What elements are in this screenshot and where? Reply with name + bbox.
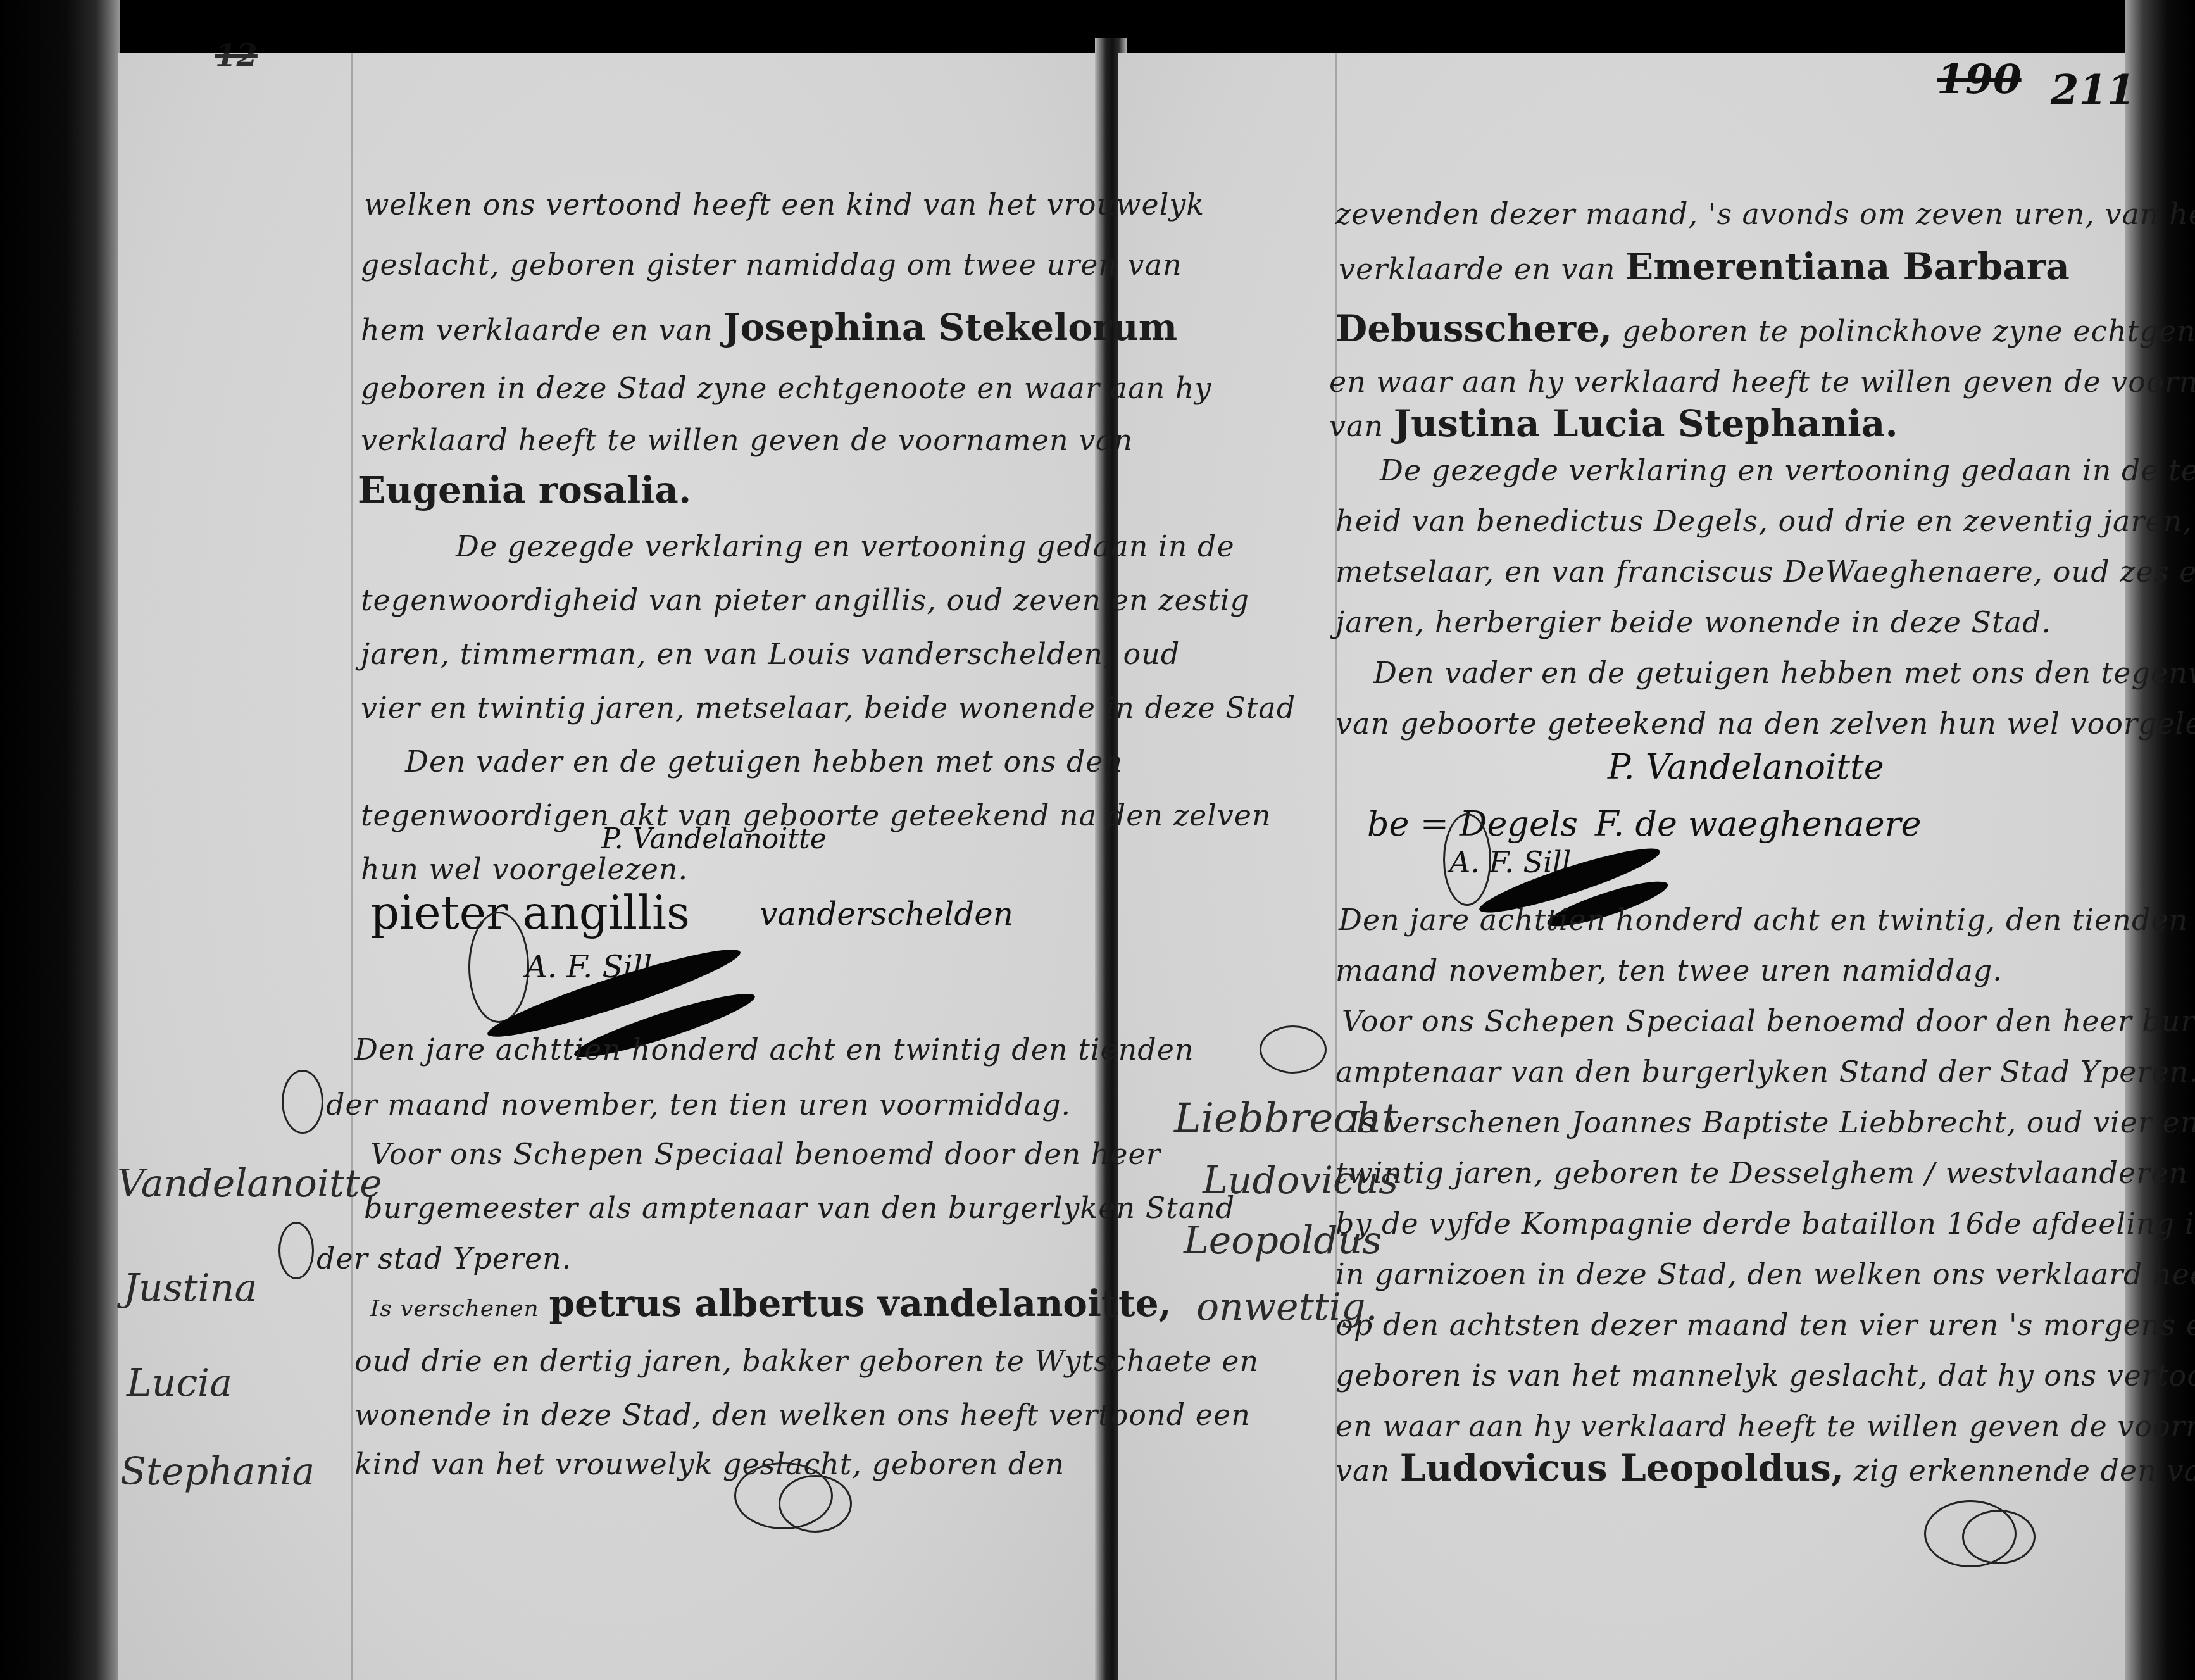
closing-flourish: [1962, 1510, 2036, 1564]
text-line: hem verklaarde en van Josephina Stekelor…: [361, 309, 1177, 346]
text-line: metselaar, en van franciscus DeWaeghenae…: [1335, 557, 2195, 586]
text-line: van Ludovicus Leopoldus, zig erkennende …: [1335, 1450, 2195, 1486]
margin-flourish: [1260, 1025, 1327, 1074]
text-fragment: van: [1329, 409, 1384, 443]
text-fragment: van: [1335, 1453, 1390, 1488]
child-names: Ludovicus Leopoldus,: [1400, 1446, 1844, 1489]
text-line: en waar aan hy verklaard heeft te willen…: [1335, 1412, 2195, 1441]
text-line: maand november, ten twee uren namiddag.: [1335, 956, 2003, 985]
text-line: Voor ons Schepen Speciaal benoemd door d…: [370, 1139, 1161, 1169]
margin-surname: Vandelanoitte: [117, 1162, 382, 1206]
text-line: van Justina Lucia Stephania.: [1329, 405, 1898, 442]
text-line: Den jare achttien honderd acht en twinti…: [1339, 905, 2195, 934]
margin-firstname: Stephania: [120, 1450, 315, 1494]
text-line: verklaarde en van Emerentiana Barbara: [1339, 248, 2070, 285]
text-line: geboren is van het mannelyk geslacht, da…: [1335, 1361, 2195, 1390]
text-line: geslacht, geboren gister namiddag om twe…: [361, 250, 1182, 279]
text-line: geboren in deze Stad zyne echtgenoote en…: [361, 373, 1211, 403]
signature-flourish: [468, 912, 529, 1023]
text-line: verklaard heeft te willen geven de voorn…: [361, 425, 1133, 454]
margin-annotation: onwettig.: [1196, 1285, 1378, 1329]
mother-surname: Debusschere,: [1335, 307, 1612, 350]
text-line: Den jare achttien honderd acht en twinti…: [354, 1035, 1194, 1064]
margin-firstname: Lucia: [127, 1361, 232, 1405]
closing-flourish: [779, 1475, 852, 1533]
mother-first-names: Emerentiana Barbara: [1625, 245, 2070, 288]
text-fragment: hem verklaarde en van: [361, 313, 713, 347]
text-line: op den achtsten dezer maand ten vier ure…: [1335, 1310, 2195, 1339]
margin-firstname: Ludovicus: [1203, 1158, 1398, 1203]
text-line: in garnizoen in deze Stad, den welken on…: [1335, 1260, 2195, 1289]
text-fragment: zig erkennende den vader: [1854, 1453, 2195, 1488]
text-line: heid van benedictus Degels, oud drie en …: [1335, 506, 2195, 536]
text-fragment: verklaarde en van: [1339, 252, 1615, 286]
text-line: vier en twintig jaren, metselaar, beide …: [361, 693, 1296, 722]
left-margin-rule: [351, 53, 353, 1680]
page-number: 211: [2051, 66, 2136, 114]
text-line: Voor ons Schepen Speciaal benoemd door d…: [1342, 1006, 2195, 1036]
signature-father: P. Vandelanoitte: [601, 823, 827, 855]
text-line: Debusschere, geboren te polinckhove zyne…: [1335, 310, 2195, 347]
text-line: van geboorte geteekend na den zelven hun…: [1335, 709, 2195, 738]
margin-firstname: Leopoldus: [1184, 1219, 1382, 1263]
text-line: en waar aan hy verklaard heeft te willen…: [1329, 367, 2195, 396]
margin-firstname: Justina: [123, 1266, 257, 1310]
text-line: by de vyfde Kompagnie derde bataillon 16…: [1335, 1209, 2195, 1238]
text-line: wonende in deze Stad, den welken ons hee…: [354, 1400, 1251, 1429]
signature-father: P. Vandelanoitte: [1608, 747, 1884, 787]
text-line: Is verschenen petrus albertus vandelanoi…: [370, 1285, 1172, 1322]
text-line: hun wel voorgelezen.: [361, 855, 688, 884]
text-line: Den vader en de getuigen hebben met ons …: [1373, 658, 2195, 687]
text-line: jaren, timmerman, en van Louis vandersch…: [361, 639, 1180, 668]
text-fragment: Is verschenen: [370, 1296, 539, 1322]
text-line: der stad Yperen.: [316, 1244, 572, 1273]
left-page-mark: 12: [215, 38, 258, 73]
signature-witness1: pieter angillis: [370, 886, 690, 939]
text-line: zevenden dezer maand, 's avonds om zeven…: [1335, 199, 2195, 229]
text-fragment: geboren te polinckhove zyne echtgenoote: [1622, 314, 2195, 348]
book-binding-left: [0, 0, 120, 1680]
text-line: jaren, herbergier beide wonende in deze …: [1335, 608, 2051, 637]
margin-surname: Liebbrecht: [1174, 1095, 1398, 1142]
text-line: kind van het vrouwelyk geslacht, geboren…: [354, 1450, 1065, 1479]
text-line: amptenaar van den burgerlyken Stand der …: [1335, 1057, 2195, 1086]
signature-witness2: F. de waeghenaere: [1595, 804, 1921, 844]
child-names: Eugenia rosalia.: [358, 472, 691, 508]
father-name: petrus albertus vandelanoitte,: [549, 1282, 1171, 1325]
initial-flourish: [282, 1070, 323, 1134]
text-line: burgemeester als amptenaar van den burge…: [364, 1193, 1235, 1222]
signature-witness2: vanderschelden: [760, 896, 1013, 932]
text-line: welken ons vertoond heeft een kind van h…: [364, 190, 1204, 219]
text-line: Den vader en de getuigen hebben met ons …: [405, 747, 1123, 776]
text-line: De gezegde verklaring en vertooning geda…: [1380, 456, 2195, 485]
struck-page-number: 190: [1937, 56, 2022, 103]
child-names: Justina Lucia Stephania.: [1394, 402, 1898, 445]
text-line: oud drie en dertig jaren, bakker geboren…: [354, 1346, 1259, 1376]
text-line: Is verschenen Joannes Baptiste Liebbrech…: [1348, 1108, 2195, 1137]
initial-flourish: [278, 1222, 314, 1279]
text-line: tegenwoordigheid van pieter angillis, ou…: [361, 586, 1249, 615]
text-line: De gezegde verklaring en vertooning geda…: [456, 532, 1235, 561]
text-line: der maand november, ten tien uren voormi…: [326, 1090, 1071, 1119]
mother-name: Josephina Stekelorum: [723, 306, 1177, 349]
text-line: twintig jaren, geboren te Desselghem / w…: [1335, 1158, 2195, 1188]
